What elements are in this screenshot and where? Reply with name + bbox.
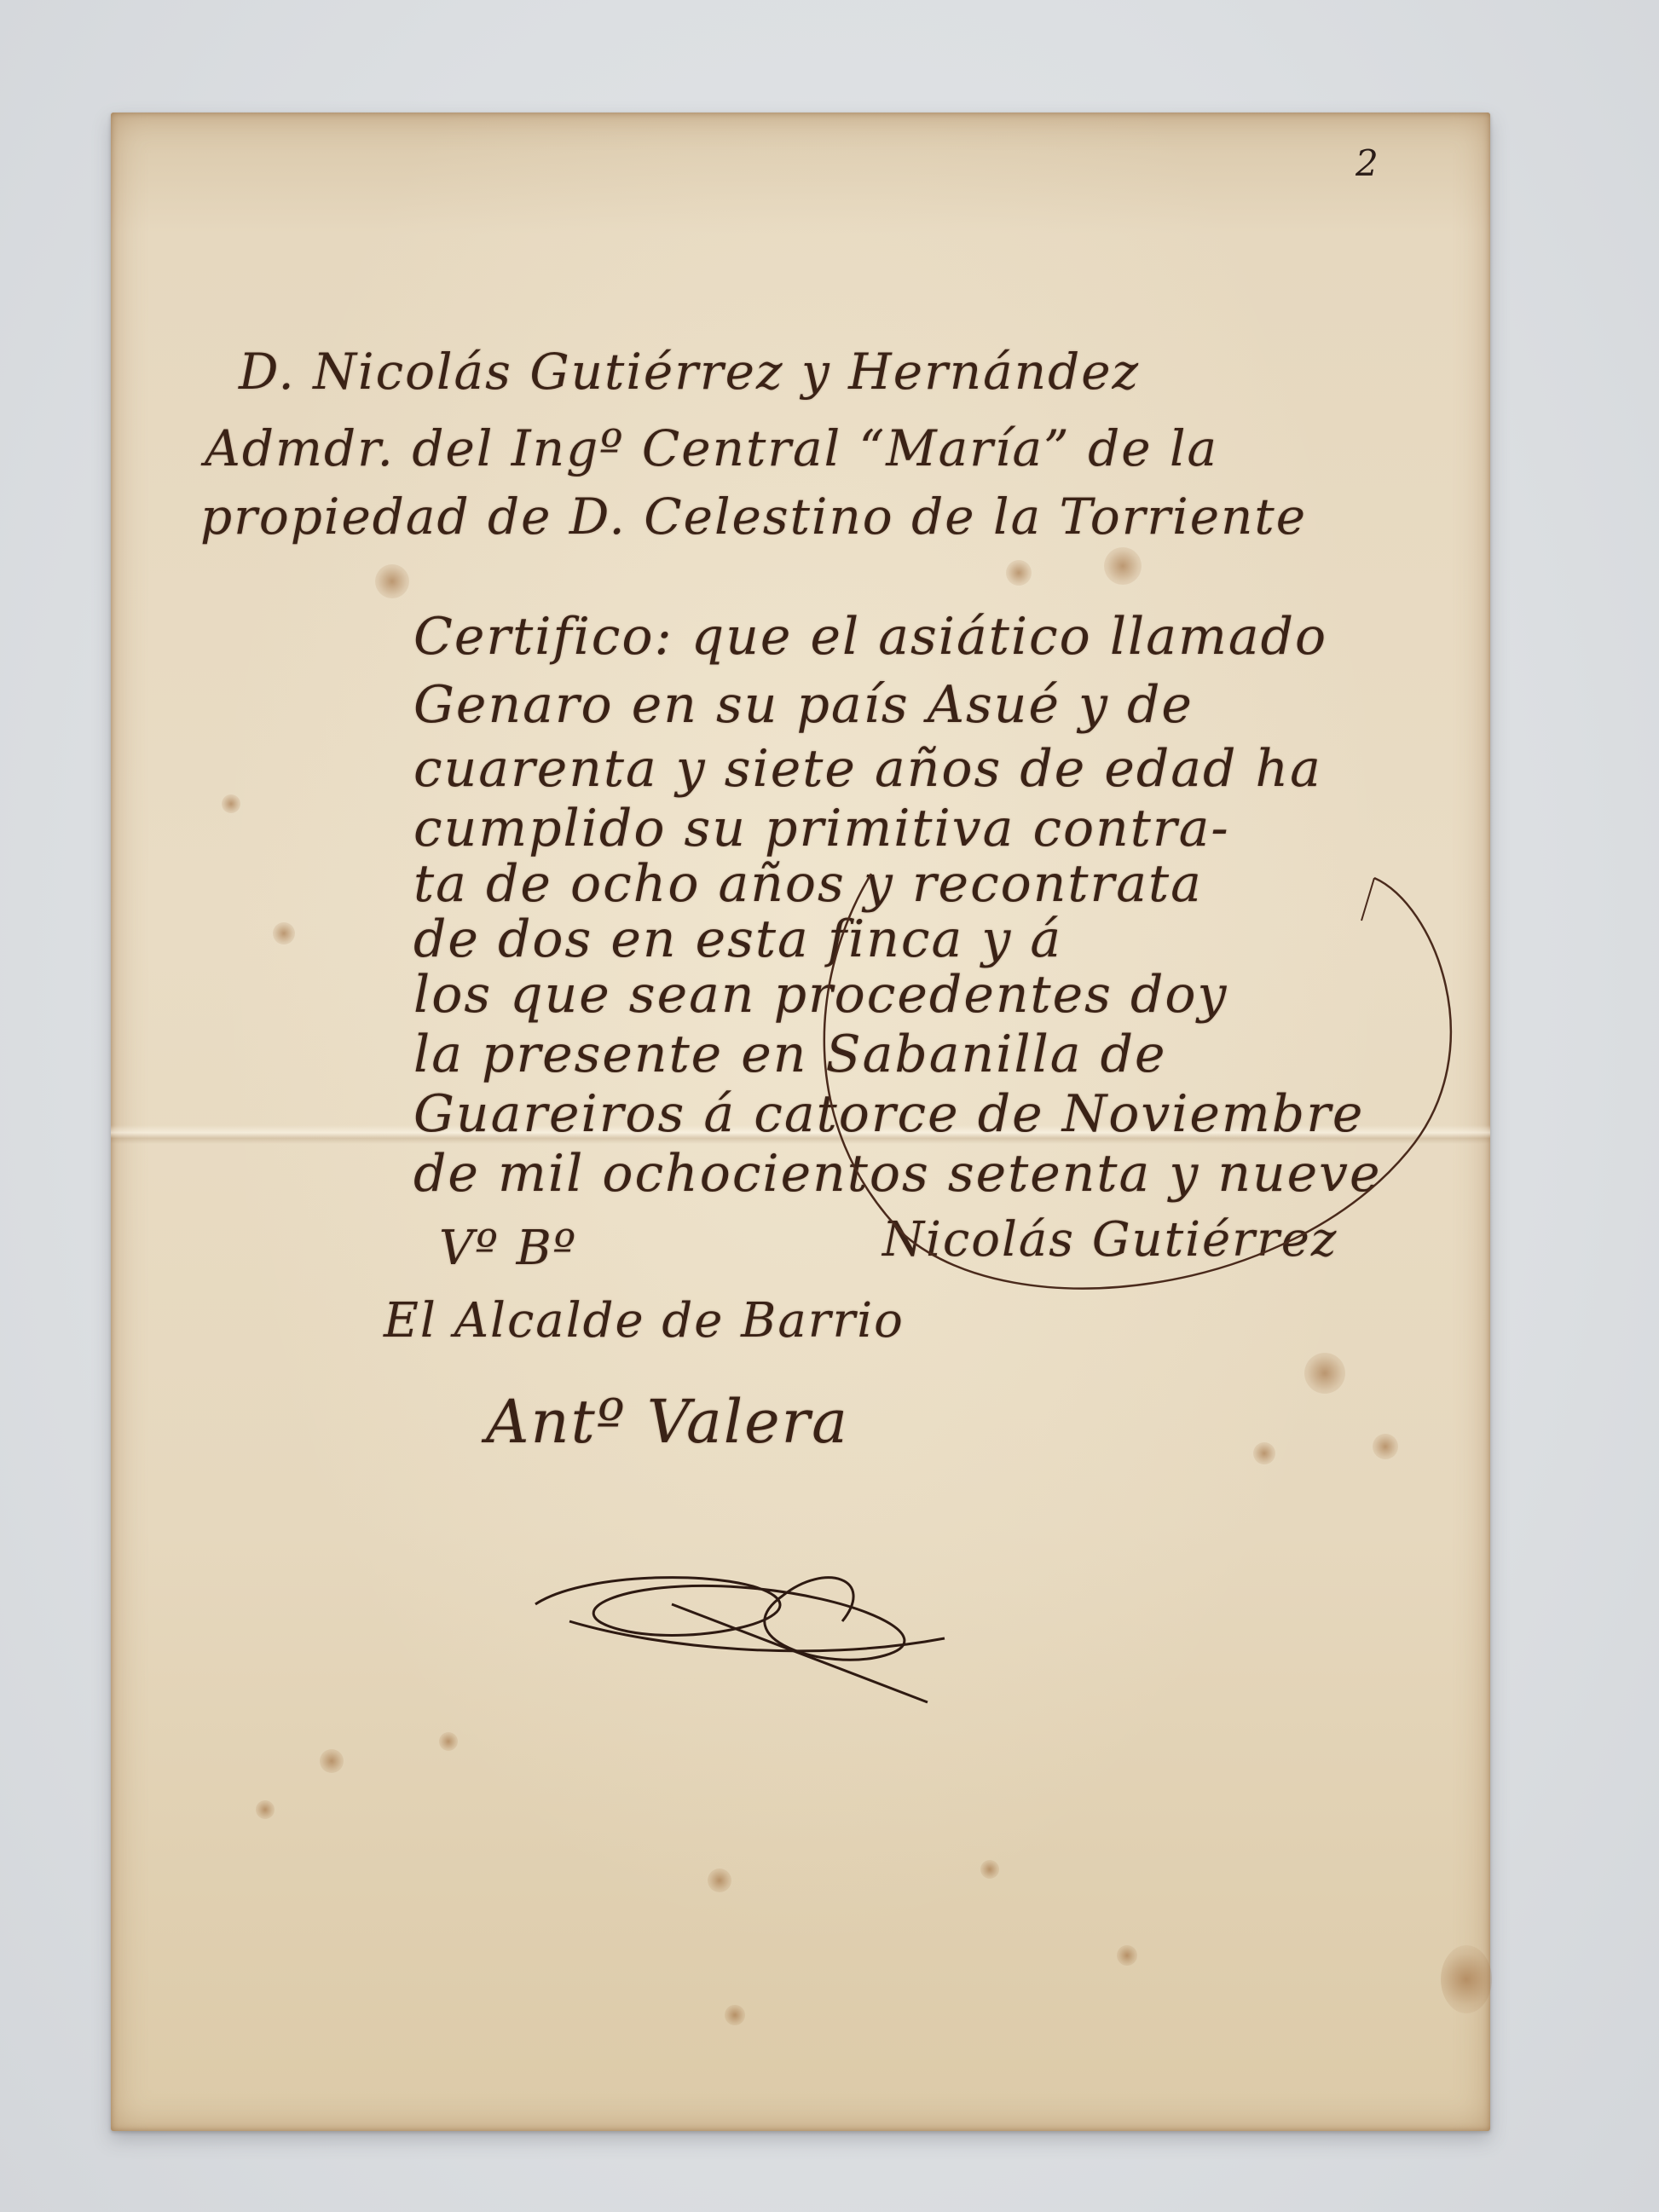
approval-title: El Alcalde de Barrio [384, 1293, 905, 1349]
foxing-spot [320, 1749, 344, 1773]
body-line: Certifico: que el asiático llamado [413, 607, 1327, 667]
foxing-spot [256, 1800, 275, 1819]
foxing-spot [1373, 1434, 1398, 1459]
document-sheet: 2 D. Nicolás Gutiérrez y Hernández Admdr… [111, 113, 1490, 2131]
foxing-spot [980, 1860, 999, 1879]
body-line: de mil ochocientos setenta y nueve [413, 1144, 1382, 1204]
mayor-rubric-flourish [518, 1545, 962, 1715]
foxing-spot [1441, 1945, 1492, 2013]
body-line: los que sean procedentes doy [413, 965, 1228, 1025]
body-line: de dos en esta finca y á [413, 910, 1062, 969]
mayor-signature: Antº Valera [486, 1387, 849, 1457]
foxing-spot [708, 1868, 731, 1892]
foxing-spot [1304, 1353, 1345, 1394]
header-line: Admdr. del Ingº Central “María” de la [205, 419, 1218, 477]
body-line: cumplido su primitiva contra- [413, 799, 1230, 858]
foxing-spot [1006, 560, 1032, 586]
body-line: ta de ocho años y recontrata [413, 854, 1203, 914]
certifier-signature: Nicolás Gutiérrez [882, 1212, 1338, 1268]
page-number: 2 [1356, 142, 1379, 184]
header-line: D. Nicolás Gutiérrez y Hernández [239, 343, 1140, 401]
body-line: cuarenta y siete años de edad ha [413, 739, 1322, 799]
approval-mark: Vº Bº [439, 1221, 577, 1276]
body-line: Guareiros á catorce de Noviembre [413, 1084, 1364, 1144]
foxing-spot [1104, 547, 1142, 585]
foxing-spot [375, 564, 409, 598]
foxing-spot [1117, 1945, 1137, 1966]
foxing-spot [725, 2005, 745, 2025]
foxing-spot [273, 922, 295, 944]
foxing-spot [439, 1732, 458, 1751]
foxing-spot [1253, 1442, 1275, 1464]
body-line: la presente en Sabanilla de [413, 1025, 1167, 1084]
foxing-spot [222, 794, 240, 813]
header-line: propiedad de D. Celestino de la Torrient… [200, 488, 1307, 546]
body-line: Genaro en su país Asué y de [413, 675, 1194, 735]
